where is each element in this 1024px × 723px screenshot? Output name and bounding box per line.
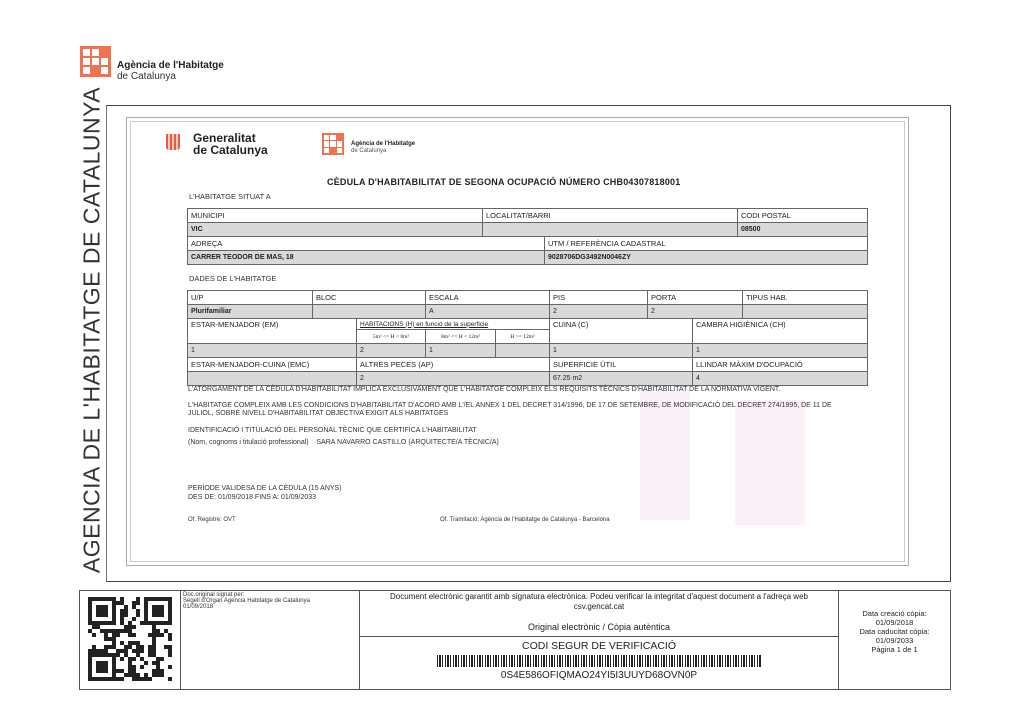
agency-logo-icon [80, 46, 111, 77]
verify-cell: Document electrònic garantit amb signatu… [359, 590, 839, 637]
superficie-value: 67.25 m2 [550, 372, 693, 386]
hab-range-3: H >= 12m² [496, 330, 550, 344]
technician-value: SARA NAVARRO CASTILLO (ARQUITECTE/A TÈCN… [316, 439, 498, 446]
certificate-title: CÈDULA D'HABITABILITAT DE SEGONA OCUPACI… [327, 177, 680, 187]
creation-date: 01/09/2018 [839, 618, 950, 627]
location-table: MUNICIPI LOCALITAT/BARRI CODI POSTAL VIC… [187, 208, 868, 265]
bloc-label: BLOC [313, 291, 426, 305]
section-data-label: DADES DE L'HABITATGE [189, 274, 276, 283]
section-location-label: L'HABITATGE SITUAT A [189, 192, 271, 201]
municipi-label: MUNICIPI [188, 209, 483, 223]
llindar-value: 4 [693, 372, 868, 386]
expiry-label: Data caducitat còpia: [839, 627, 950, 636]
small-agency-name: Agència de l'Habitatge [351, 141, 415, 148]
ap-label: ALTRES PECES (AP) [357, 358, 550, 372]
ch-label: CAMBRA HIGIÈNICA (CH) [693, 319, 868, 344]
bloc-value [313, 305, 426, 319]
technician-title: IDENTIFICACIÓ I TITULACIÓ DEL PERSONAL T… [188, 427, 477, 435]
localitat-value [483, 223, 738, 237]
adreca-label: ADREÇA [188, 237, 545, 251]
tipus-label: TIPUS HAB. [743, 291, 868, 305]
agency-small-text: Agència de l'Habitatge de Catalunya [351, 141, 415, 155]
small-agency-sub: de Catalunya [351, 148, 415, 155]
up-value: Plurifamiliar [188, 305, 313, 319]
utm-value: 9028706DG3492N0046ZY [545, 251, 868, 265]
technician-row: (Nom, cognoms i titulació professional) … [188, 439, 499, 447]
csv-code: 0S4E586OFIQMAO24YI5I3UUYD68OVN0P [360, 670, 838, 681]
verify-text: Document electrònic garantit amb signatu… [360, 592, 838, 602]
copy-dates-cell: Data creació còpia: 01/09/2018 Data cadu… [838, 590, 951, 690]
municipi-value: VIC [188, 223, 483, 237]
agency-name: Agència de l'Habitatge [117, 60, 224, 71]
adreca-value: CARRER TEODOR DE MAS, 18 [188, 251, 545, 265]
emc-label: ESTAR-MENJADOR-CUINA (EMC) [188, 358, 357, 372]
utm-label: UTM / REFERÈNCIA CADASTRAL [545, 237, 868, 251]
escala-label: ESCALA [426, 291, 550, 305]
expiry-date: 01/09/2033 [839, 636, 950, 645]
superficie-label: SUPERFICIE ÚTIL [550, 358, 693, 372]
technician-label: (Nom, cognoms i titulació professional) [188, 439, 309, 446]
qr-code-icon [88, 597, 172, 681]
ch-value: 1 [693, 344, 868, 358]
dwelling-table: U/P BLOC ESCALA PIS PORTA TIPUS HAB. Plu… [187, 290, 868, 386]
hab-range-1: 5m² <= H < 8m² [357, 330, 426, 344]
watermark [735, 400, 805, 525]
tramitacio-office: Of. Tramitació: Agència de l'Habitatge d… [440, 517, 610, 523]
generalitat-shield-icon [166, 134, 180, 150]
vertical-agency-text: AGENCIA DE L'HABITATGE DE CATALUNYA [79, 87, 106, 573]
copy-type: Original electrònic / Còpia autèntica [360, 622, 838, 632]
up-label: U/P [188, 291, 313, 305]
barcode-icon [437, 655, 762, 667]
porta-label: PORTA [648, 291, 743, 305]
emc-value [188, 372, 357, 386]
qr-cell [79, 590, 181, 690]
agency-subtitle: de Catalunya [117, 71, 224, 82]
localitat-label: LOCALITAT/BARRI [483, 209, 738, 223]
generalitat-logo: Generalitat de Catalunya [193, 132, 268, 156]
signature-cell: Doc.original signat per: Segell d'Organ … [180, 590, 360, 690]
page-number: Pàgina 1 de 1 [839, 645, 950, 654]
agency-header: Agència de l'Habitatge de Catalunya [117, 60, 224, 82]
llindar-label: LLINDAR MÀXIM D'OCUPACIÓ [693, 358, 868, 372]
cuina-label: CUINA (C) [550, 319, 693, 344]
habitacions-label: HABITACIONS (H) en funció de la superfic… [357, 319, 550, 330]
escala-value: A [426, 305, 550, 319]
verify-url[interactable]: csv.gencat.cat [360, 602, 838, 612]
agency-small-logo-icon [322, 133, 344, 155]
generalitat-line2: de Catalunya [193, 144, 268, 156]
em-label: ESTAR-MENJADOR (EM) [188, 319, 357, 344]
tipus-value [743, 305, 868, 319]
csv-title: CODI SEGUR DE VERIFICACIÓ [360, 640, 838, 652]
csv-cell: CODI SEGUR DE VERIFICACIÓ 0S4E586OFIQMAO… [359, 636, 839, 690]
creation-label: Data creació còpia: [839, 609, 950, 618]
hab-range-2: 8m² <= H < 12m² [426, 330, 496, 344]
pis-value: 2 [550, 305, 648, 319]
codi-postal-value: 08500 [738, 223, 868, 237]
signed-date: 01/09/2018 [183, 604, 357, 610]
cuina-value: 1 [550, 344, 693, 358]
ap-value: 2 [357, 372, 550, 386]
registre-office: Of. Registre: OVT [188, 517, 236, 523]
hab-value-2: 1 [426, 344, 496, 358]
legal-paragraph-2: L'HABITATGE COMPLEIX AMB LES CONDICIONS … [188, 402, 858, 418]
pis-label: PIS [550, 291, 648, 305]
hab-value-3 [496, 344, 550, 358]
porta-value: 2 [648, 305, 743, 319]
hab-value-1: 2 [357, 344, 426, 358]
legal-paragraph-1: L'ATORGAMENT DE LA CÈDULA D'HABITABILITA… [188, 386, 858, 394]
em-value: 1 [188, 344, 357, 358]
codi-postal-label: CODI POSTAL [738, 209, 868, 223]
validity-title: PERÍODE VALIDESA DE LA CÈDULA (15 ANYS) [188, 485, 342, 493]
validity-range: DES DE: 01/09/2018 FINS A: 01/09/2033 [188, 494, 316, 502]
verification-footer: Doc.original signat per: Segell d'Organ … [79, 590, 951, 690]
